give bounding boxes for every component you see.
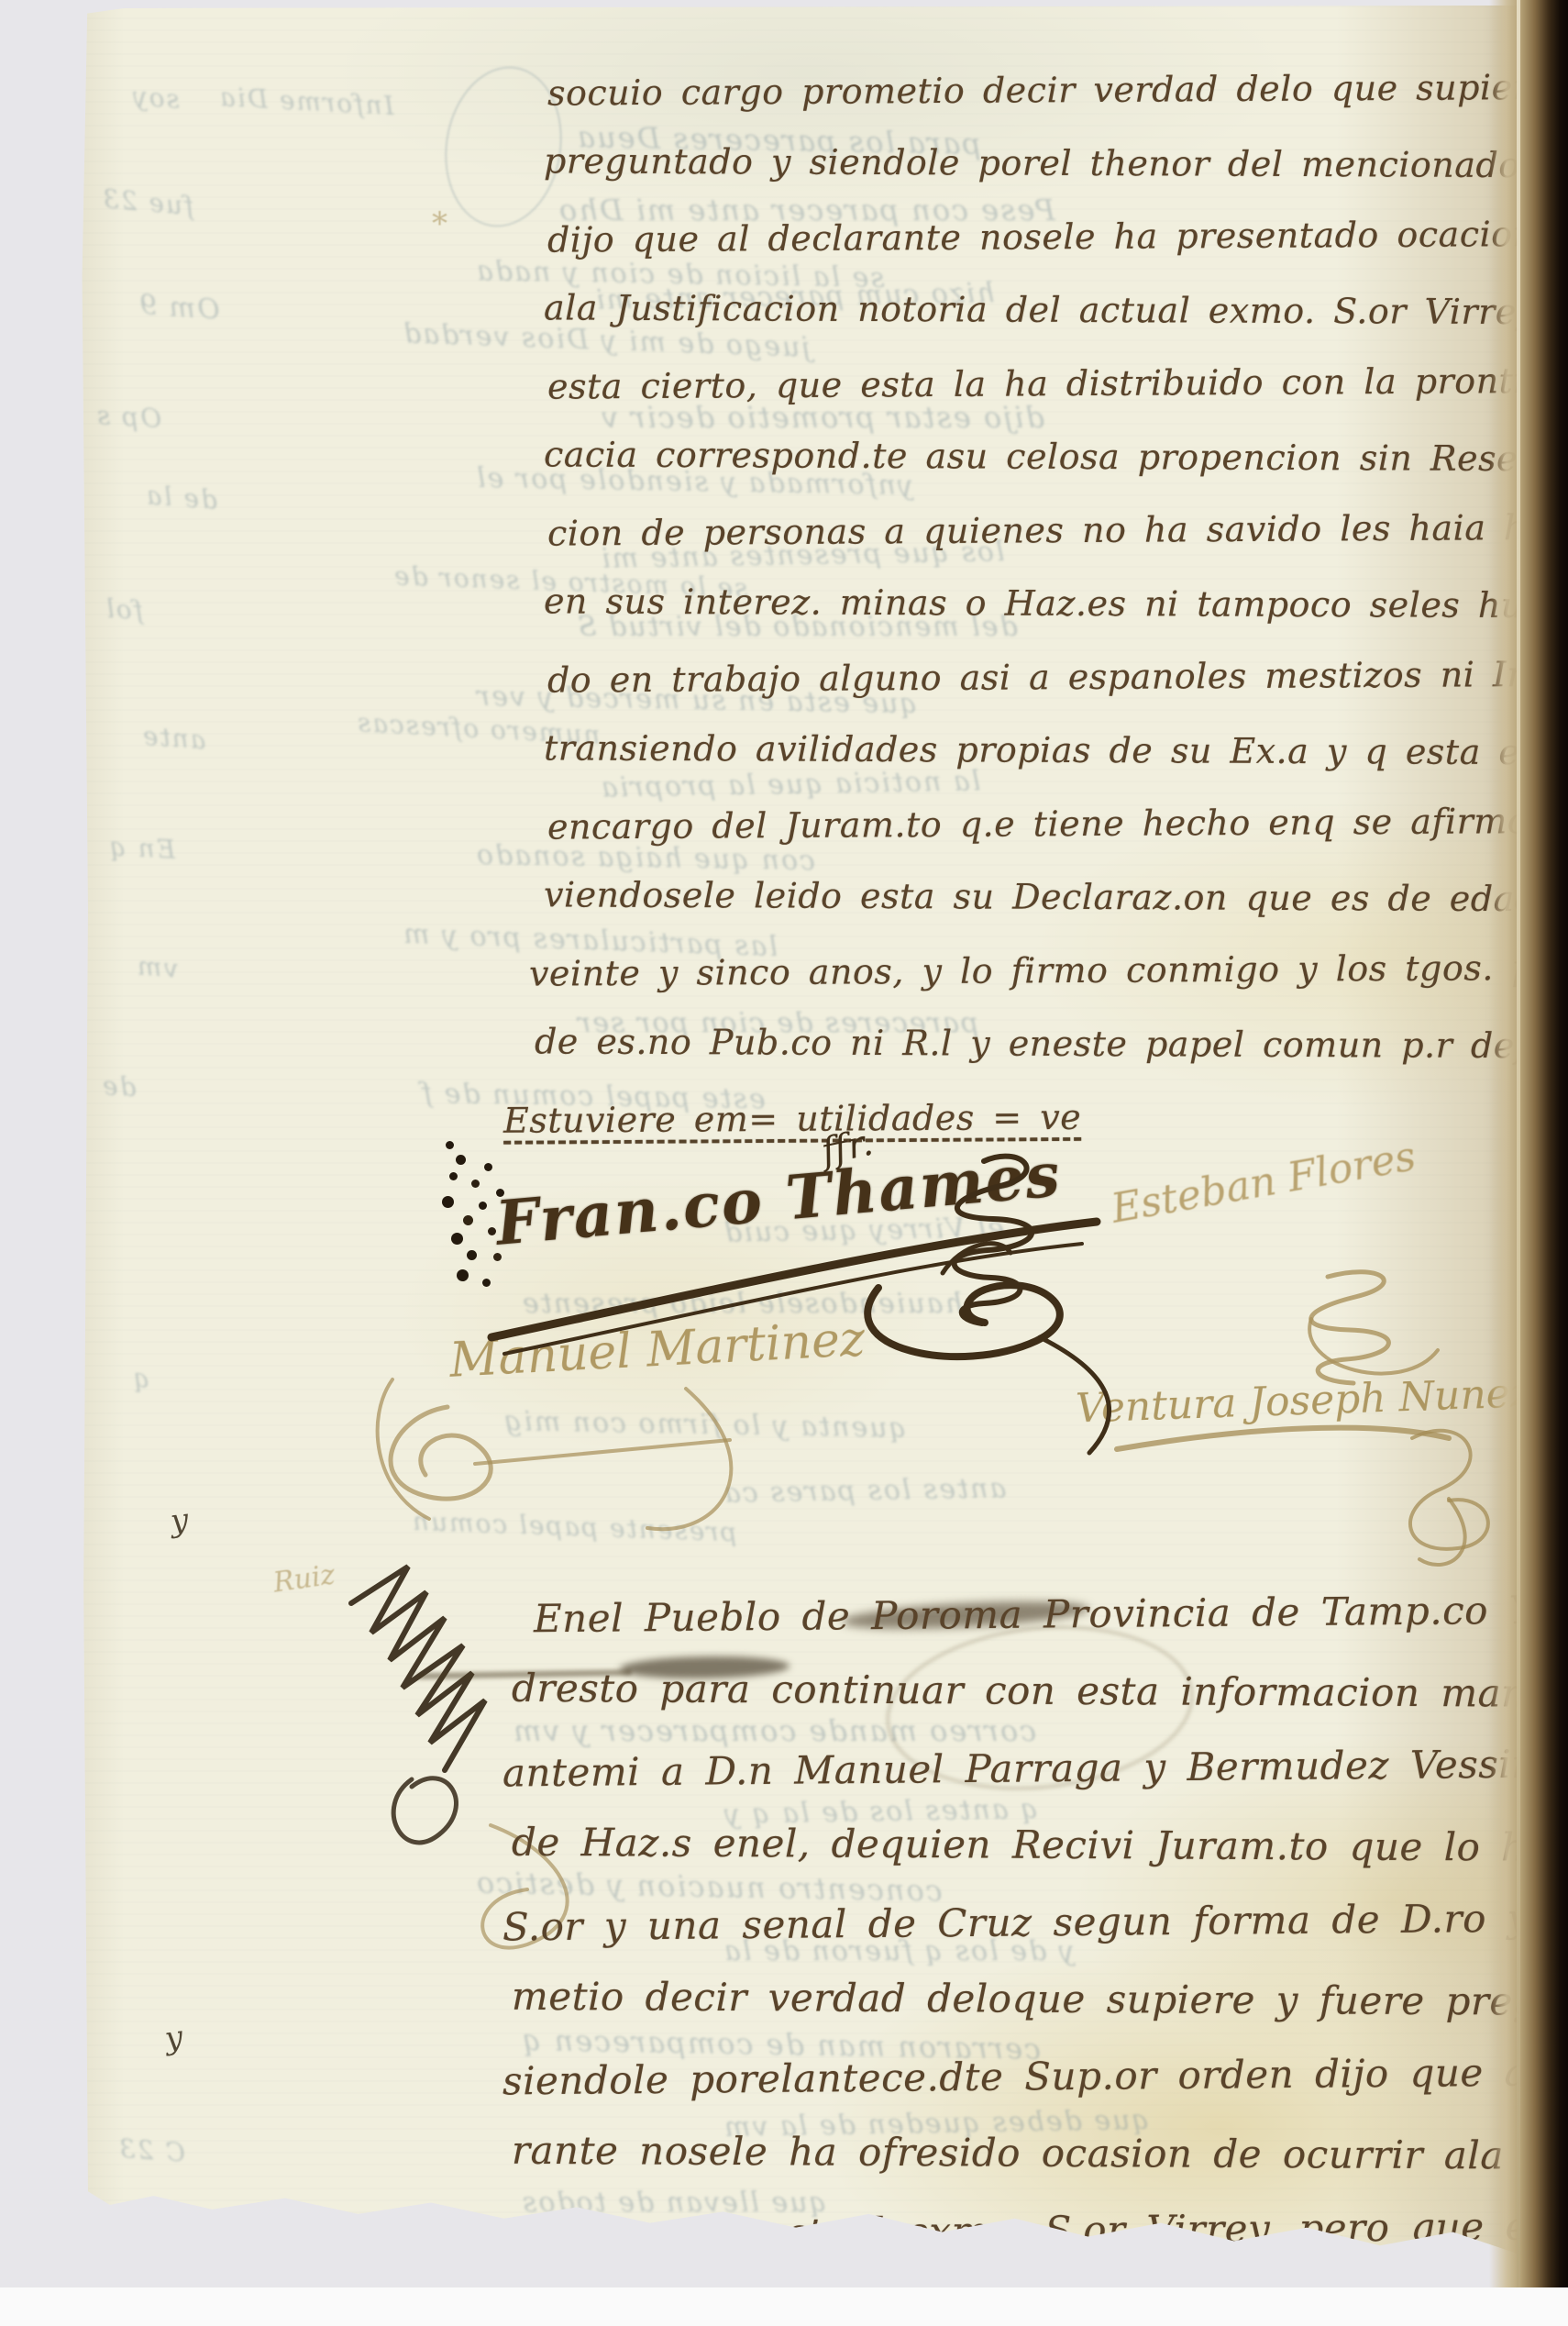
manuscript-text-line: transiendo avilidades propias de su Ex.a… bbox=[544, 711, 1568, 789]
second-paragraph: Enel Pueblo de Poroma Provincia de Tamp.… bbox=[502, 1576, 1568, 2269]
margin-mark: y bbox=[162, 2019, 185, 2057]
margin-mark: y bbox=[169, 1501, 190, 1540]
bleedthrough-text: Informe Dia bbox=[217, 82, 394, 121]
manuscript-text-line: do en trabajo alguno asi a espanoles mes… bbox=[547, 637, 1568, 716]
scanner-bed-strip bbox=[0, 2287, 1568, 2326]
scanned-manuscript: para los pareceres DeuaPese con parecer … bbox=[0, 0, 1568, 2326]
manuscript-text-line: dijo que al declarante nosele ha present… bbox=[547, 196, 1568, 276]
bleedthrough-text: Op s bbox=[94, 400, 162, 434]
bleedthrough-text: ante bbox=[140, 721, 207, 756]
margin-mark: * bbox=[432, 205, 447, 242]
manuscript-text-line: de es.no Pub.co ni R.l y eneste papel co… bbox=[535, 1004, 1568, 1082]
manuscript-text-line: esta cierto, que esta la ha distribuido … bbox=[547, 343, 1568, 423]
manuscript-text-line: cion de personas a quienes no ha savido … bbox=[547, 490, 1568, 570]
bleedthrough-text: soy bbox=[130, 81, 181, 115]
manuscript-text-line: ficacion del actual exmo. S.or Virrey, p… bbox=[502, 2188, 1568, 2275]
bleedthrough-text: de la bbox=[144, 480, 218, 515]
nunez-rubric-flourish bbox=[1099, 1411, 1520, 1594]
bleedthrough-text: C 23 bbox=[116, 2132, 186, 2167]
bleedthrough-text: Om 9 bbox=[137, 289, 221, 327]
manuscript-text-line: cacia correspond.te asu celosa propencio… bbox=[544, 417, 1568, 495]
bleedthrough-text: q bbox=[131, 1362, 151, 1393]
main-paragraph: socuio cargo prometio decir verdad delo … bbox=[544, 53, 1568, 1154]
bleedthrough-text: vm bbox=[135, 950, 180, 983]
martinez-rubric-flourish bbox=[337, 1352, 814, 1563]
manuscript-text-line: viendosele leido esta su Declaraz.on que… bbox=[544, 858, 1568, 936]
manuscript-text-line: S.or y una senal de Cruz segun forma de … bbox=[502, 1879, 1568, 1966]
manuscript-page: para los pareceres DeuaPese con parecer … bbox=[81, 6, 1540, 2264]
manuscript-text-line: veinte y sinco anos, y lo firmo conmigo … bbox=[529, 930, 1568, 1010]
book-binding-edge bbox=[1489, 0, 1568, 2295]
manuscript-text-line: siendole porelantece.dte Sup.or orden di… bbox=[502, 2033, 1568, 2121]
manuscript-text-line: Enel Pueblo de Poroma Provincia de Tamp.… bbox=[534, 1571, 1568, 1658]
next-page-edge bbox=[1517, 0, 1520, 2295]
manuscript-text-line: ala Justificacion notoria del actual exm… bbox=[544, 271, 1568, 349]
manuscript-text-line: de Haz.s enel, dequien Recivi Juram.to q… bbox=[512, 1804, 1568, 1888]
manuscript-text-line: metio decir verdad deloque supiere y fue… bbox=[512, 1958, 1568, 2042]
manuscript-text-line: en sus interez. minas o Haz.es ni tampoc… bbox=[544, 564, 1568, 642]
flores-rubric-flourish bbox=[1300, 1260, 1456, 1398]
bleedthrough-text: En q bbox=[107, 831, 176, 865]
manuscript-text-line: antemi a D.n Manuel Parraga y Bermudez V… bbox=[502, 1725, 1568, 1812]
manuscript-text-line: dresto para continuar con esta informaci… bbox=[512, 1650, 1568, 1733]
manuscript-text-line: socuio cargo prometio decir verdad delo … bbox=[547, 50, 1568, 129]
bleedthrough-text: fue 23 bbox=[100, 183, 195, 222]
manuscript-text-line: preguntado y siendole porel thenor del m… bbox=[544, 124, 1568, 202]
bleedthrough-text: fol bbox=[104, 593, 144, 626]
bleedthrough-text: de bbox=[100, 1070, 137, 1102]
manuscript-text-line: rante nosele ha ofresido ocasion de ocur… bbox=[512, 2112, 1568, 2196]
manuscript-text-line: encargo del Juram.to q.e tiene hecho enq… bbox=[547, 783, 1568, 863]
